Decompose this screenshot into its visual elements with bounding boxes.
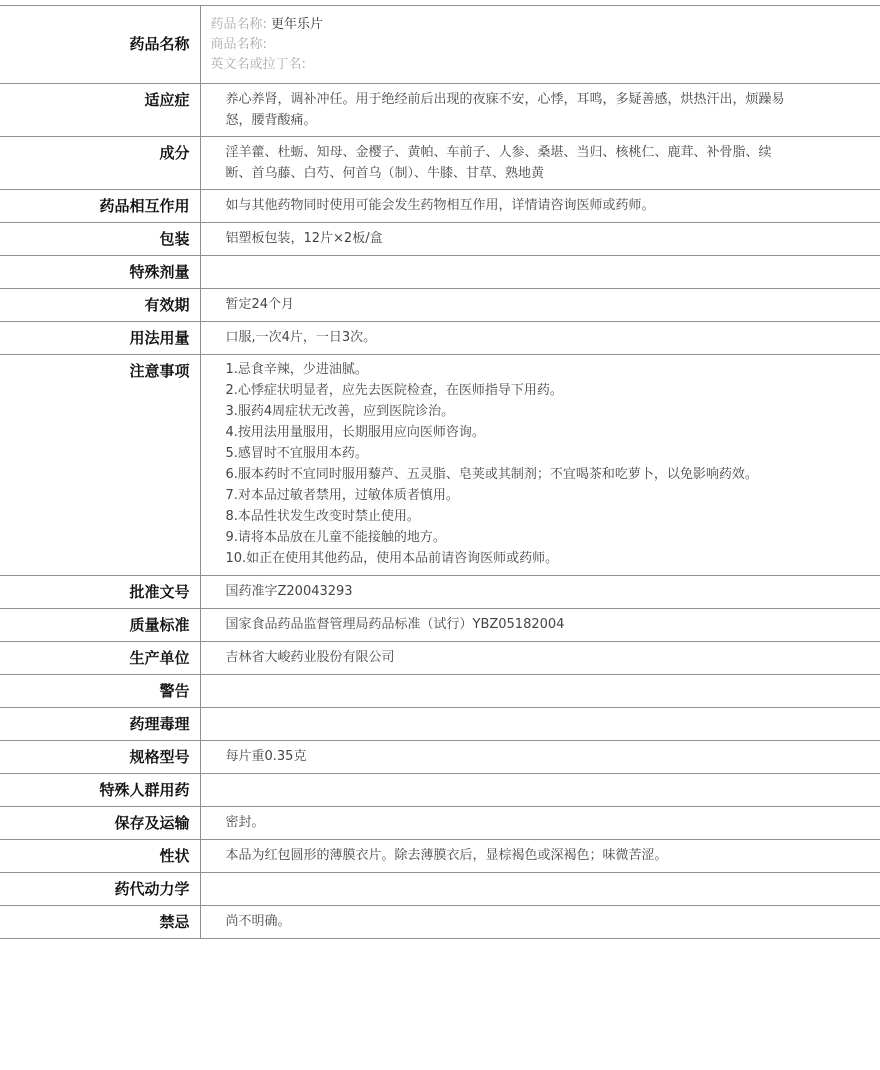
precaution-item: 10.如正在使用其他药品，使用本品前请咨询医师或药师。: [226, 548, 791, 569]
row-value: 密封。: [200, 807, 880, 840]
row-shelf-life: 有效期 暂定24个月: [0, 289, 880, 322]
row-label: 禁忌: [0, 906, 200, 939]
row-label: 包装: [0, 223, 200, 256]
precaution-item: 9.请将本品放在儿童不能接触的地方。: [226, 527, 791, 548]
row-label: 注意事项: [0, 355, 200, 576]
row-label: 保存及运输: [0, 807, 200, 840]
row-value: 每片重0.35克: [200, 741, 880, 774]
row-value: [200, 873, 880, 906]
row-pharmacokinetics: 药代动力学: [0, 873, 880, 906]
drug-spec-table: 药品名称 药品名称: 更年乐片 商品名称: 英文名或拉丁名: 适应症 养心养肾，…: [0, 5, 880, 939]
row-value: 本品为红包圆形的薄膜衣片。除去薄膜衣后，显棕褐色或深褐色；味微苦涩。: [200, 840, 880, 873]
row-label: 特殊人群用药: [0, 774, 200, 807]
row-label: 有效期: [0, 289, 200, 322]
row-specification: 规格型号 每片重0.35克: [0, 741, 880, 774]
row-label: 性状: [0, 840, 200, 873]
precaution-item: 3.服药4周症状无改善，应到医院诊治。: [226, 401, 791, 422]
row-value: 国药准字Z20043293: [200, 576, 880, 609]
row-special-dosage: 特殊剂量: [0, 256, 880, 289]
precaution-item: 7.对本品过敏者禁用，过敏体质者慎用。: [226, 485, 791, 506]
row-value: 吉林省大峻药业股份有限公司: [200, 642, 880, 675]
row-value: 暂定24个月: [200, 289, 880, 322]
row-approval-number: 批准文号 国药准字Z20043293: [0, 576, 880, 609]
row-packaging: 包装 铝塑板包装，12片×2板/盒: [0, 223, 880, 256]
row-special-populations: 特殊人群用药: [0, 774, 880, 807]
row-value: 铝塑板包装，12片×2板/盒: [200, 223, 880, 256]
row-label: 药品相互作用: [0, 190, 200, 223]
row-label: 批准文号: [0, 576, 200, 609]
generic-name-label: 药品名称:: [211, 17, 267, 32]
row-value: [200, 675, 880, 708]
row-pharmacology-toxicology: 药理毒理: [0, 708, 880, 741]
row-label: 用法用量: [0, 322, 200, 355]
row-quality-standard: 质量标准 国家食品药品监督管理局药品标准（试行）YBZ05182004: [0, 609, 880, 642]
precaution-item: 4.按用法用量服用，长期服用应向医师咨询。: [226, 422, 791, 443]
trade-name-label: 商品名称:: [211, 37, 267, 52]
row-label: 成分: [0, 137, 200, 190]
row-label: 药理毒理: [0, 708, 200, 741]
row-value: 养心养肾，调补冲任。用于绝经前后出现的夜寐不安，心悸，耳鸣，多疑善感，烘热汗出，…: [200, 84, 880, 137]
row-value: [200, 774, 880, 807]
english-name-label: 英文名或拉丁名:: [211, 57, 306, 72]
row-description: 性状 本品为红包圆形的薄膜衣片。除去薄膜衣后，显棕褐色或深褐色；味微苦涩。: [0, 840, 880, 873]
row-value: 药品名称: 更年乐片 商品名称: 英文名或拉丁名:: [200, 6, 880, 84]
row-manufacturer: 生产单位 吉林省大峻药业股份有限公司: [0, 642, 880, 675]
row-label: 规格型号: [0, 741, 200, 774]
row-label: 质量标准: [0, 609, 200, 642]
generic-name-value: 更年乐片: [271, 17, 323, 32]
precaution-item: 8.本品性状发生改变时禁止使用。: [226, 506, 791, 527]
row-value: 淫羊藿、杜蛎、知母、金樱子、黄帕、车前子、人参、桑堪、当归、核桃仁、鹿茸、补骨脂…: [200, 137, 880, 190]
row-value: [200, 256, 880, 289]
row-label: 药品名称: [0, 6, 200, 84]
precaution-item: 5.感冒时不宜服用本药。: [226, 443, 791, 464]
row-storage-transport: 保存及运输 密封。: [0, 807, 880, 840]
precaution-item: 1.忌食辛辣，少进油腻。: [226, 359, 791, 380]
row-interactions: 药品相互作用 如与其他药物同时使用可能会发生药物相互作用，详情请咨询医师或药师。: [0, 190, 880, 223]
row-precautions: 注意事项 1.忌食辛辣，少进油腻。 2.心悸症状明显者，应先去医院检查，在医师指…: [0, 355, 880, 576]
row-value: 国家食品药品监督管理局药品标准（试行）YBZ05182004: [200, 609, 880, 642]
row-ingredients: 成分 淫羊藿、杜蛎、知母、金樱子、黄帕、车前子、人参、桑堪、当归、核桃仁、鹿茸、…: [0, 137, 880, 190]
precaution-item: 2.心悸症状明显者，应先去医院检查，在医师指导下用药。: [226, 380, 791, 401]
row-label: 警告: [0, 675, 200, 708]
row-value: 尚不明确。: [200, 906, 880, 939]
precaution-item: 6.服本药时不宜同时服用藜芦、五灵脂、皂荚或其制剂；不宜喝茶和吃萝卜，以免影响药…: [226, 464, 791, 485]
trade-name-line: 商品名称:: [211, 35, 880, 55]
row-label: 适应症: [0, 84, 200, 137]
precautions-list: 1.忌食辛辣，少进油腻。 2.心悸症状明显者，应先去医院检查，在医师指导下用药。…: [200, 355, 880, 576]
row-usage-dosage: 用法用量 口服,一次4片，一日3次。: [0, 322, 880, 355]
row-drug-name: 药品名称 药品名称: 更年乐片 商品名称: 英文名或拉丁名:: [0, 6, 880, 84]
english-name-line: 英文名或拉丁名:: [211, 55, 880, 75]
row-label: 特殊剂量: [0, 256, 200, 289]
row-value: 口服,一次4片，一日3次。: [200, 322, 880, 355]
row-label: 生产单位: [0, 642, 200, 675]
row-indications: 适应症 养心养肾，调补冲任。用于绝经前后出现的夜寐不安，心悸，耳鸣，多疑善感，烘…: [0, 84, 880, 137]
generic-name-line: 药品名称: 更年乐片: [211, 15, 880, 35]
row-label: 药代动力学: [0, 873, 200, 906]
row-warning: 警告: [0, 675, 880, 708]
row-value: 如与其他药物同时使用可能会发生药物相互作用，详情请咨询医师或药师。: [200, 190, 880, 223]
row-value: [200, 708, 880, 741]
row-contraindications: 禁忌 尚不明确。: [0, 906, 880, 939]
